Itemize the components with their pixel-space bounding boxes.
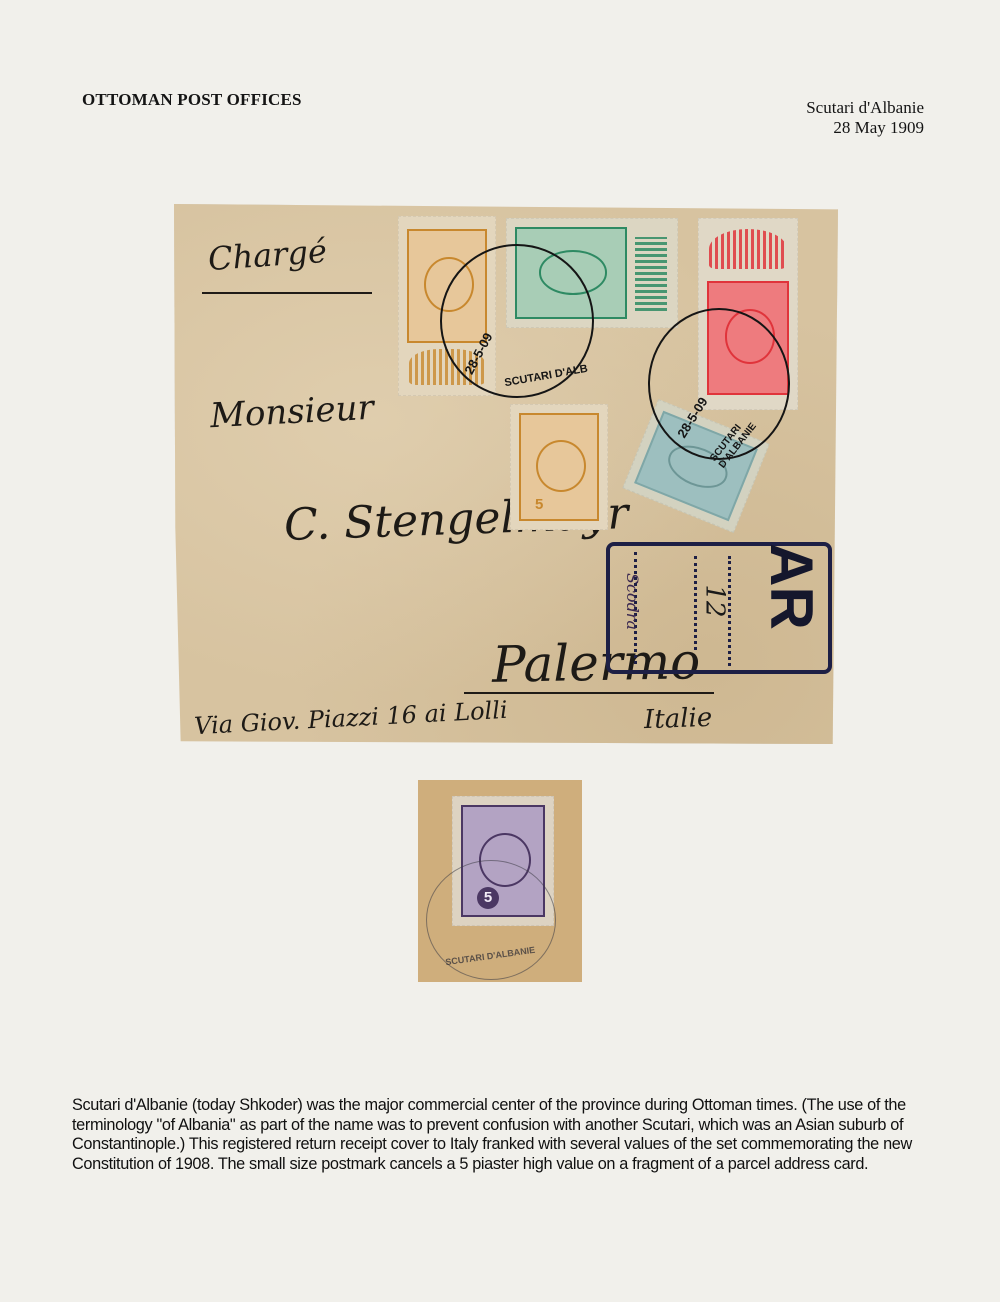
cover-envelope: Chargé Monsieur C. Stengelmayr Palermo V…	[174, 204, 838, 744]
caption-text: Scutari d'Albanie (today Shkoder) was th…	[72, 1096, 932, 1174]
date: 28 May 1909	[806, 118, 924, 138]
postmark-scutari-2: 28-5-09 SCUTARI D'ALBANIE	[648, 308, 790, 460]
address-country: Italie	[643, 703, 712, 735]
postmark-scutari-1: 28-5-09 SCUTARI D'ALB	[440, 244, 594, 398]
postmark-fragment: SCUTARI D'ALBANIE	[426, 860, 556, 980]
reg-town: Scodra	[623, 573, 642, 630]
page-title: OTTOMAN POST OFFICES	[82, 90, 302, 110]
underline	[202, 292, 372, 294]
address-street: Via Giov. Piazzi 16 ai Lolli	[193, 696, 508, 740]
stamp-ochre-2: 5	[510, 404, 608, 530]
reg-ar-marking: AR	[757, 543, 826, 630]
parcel-card-fragment: 5 SCUTARI D'ALBANIE	[418, 780, 582, 982]
annotation-charge: Chargé	[207, 232, 328, 278]
city-underline	[464, 692, 714, 694]
location: Scutari d'Albanie	[806, 98, 924, 118]
address-salutation: Monsieur	[209, 388, 375, 437]
registration-ar-label: Scodra 12 AR	[606, 542, 832, 674]
reg-number: 12	[700, 584, 730, 617]
location-date: Scutari d'Albanie 28 May 1909	[806, 98, 924, 138]
